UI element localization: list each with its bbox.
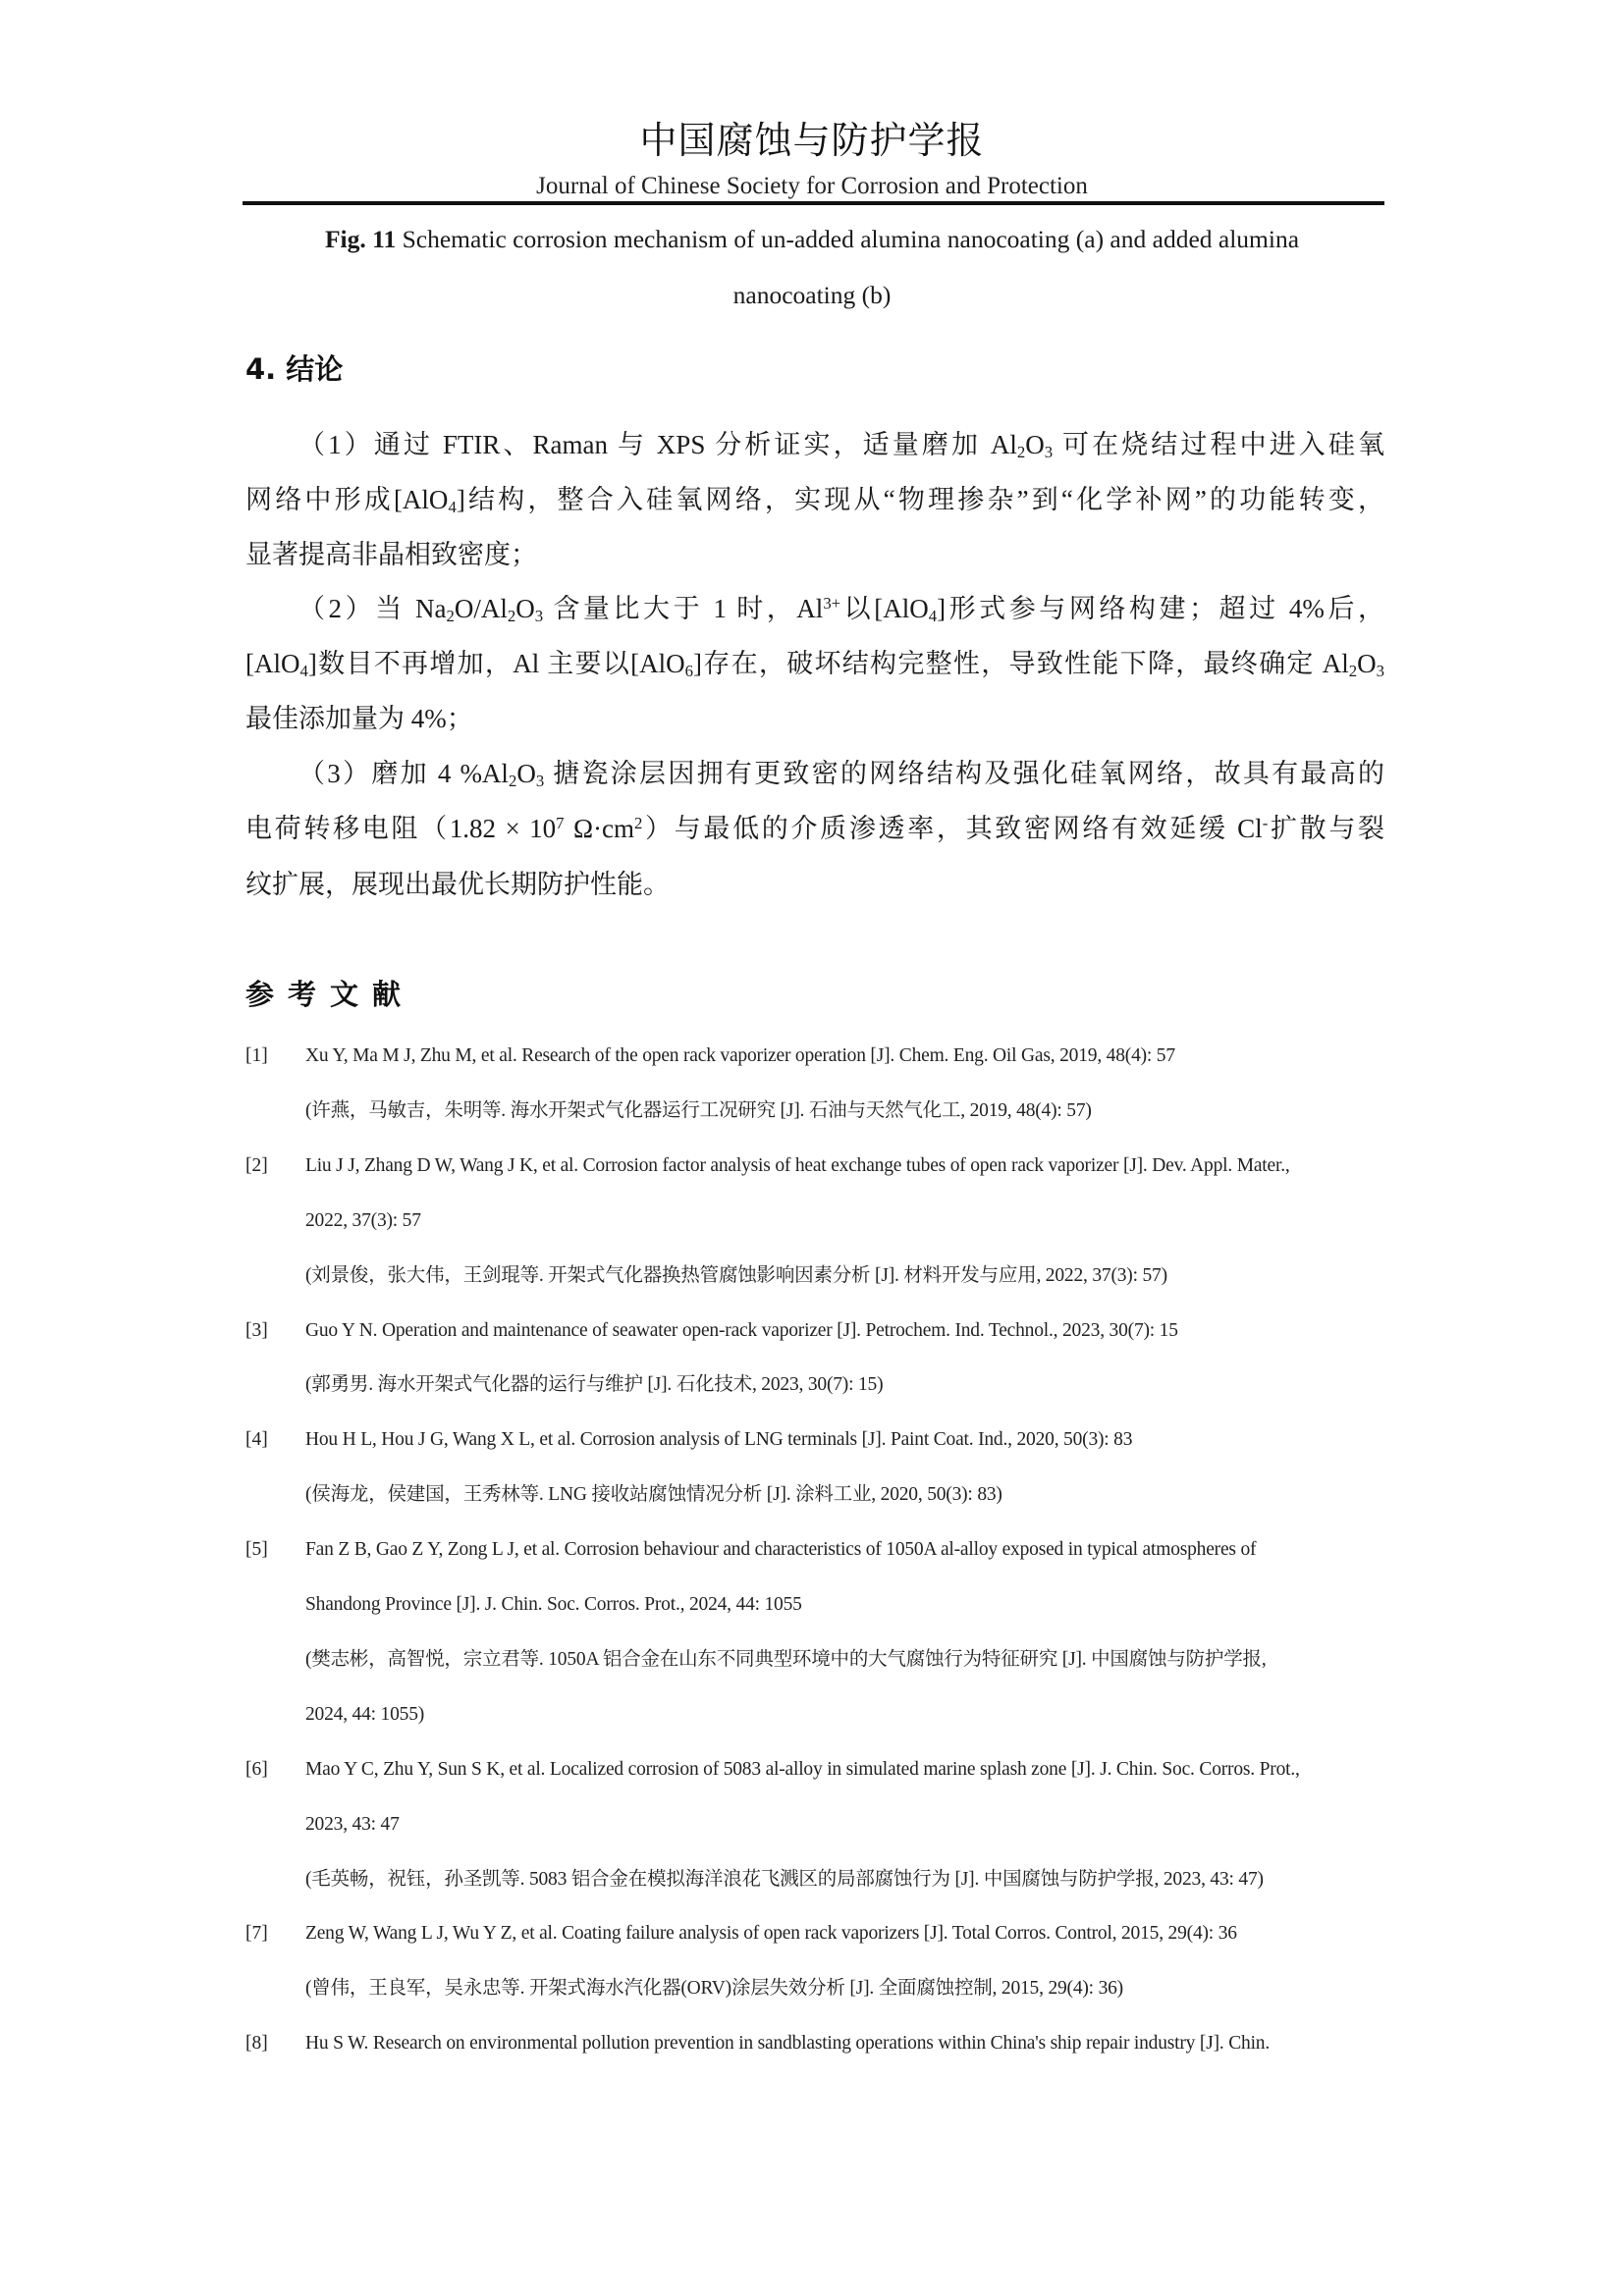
- reference-6-line-1: Mao Y C, Zhu Y, Sun S K, et al. Localize…: [305, 1760, 1300, 1780]
- reference-2-line-2: 2022, 37(3): 57: [305, 1211, 421, 1231]
- reference-4-line-2: (侯海龙，侯建国，王秀林等. LNG 接收站腐蚀情况分析 [J]. 涂料工业, …: [305, 1485, 1002, 1505]
- reference-number-2: [2]: [245, 1156, 268, 1176]
- reference-2-line-1: Liu J J, Zhang D W, Wang J K, et al. Cor…: [305, 1156, 1290, 1176]
- reference-5-line-4: 2024, 44: 1055): [305, 1705, 424, 1725]
- journal-title-en: Journal of Chinese Society for Corrosion…: [0, 174, 1624, 198]
- reference-1-line-1: Xu Y, Ma M J, Zhu M, et al. Research of …: [305, 1046, 1175, 1066]
- reference-number-4: [4]: [245, 1430, 268, 1450]
- conclusion-paragraph-1-line-3: 显著提高非晶相致密度；: [245, 542, 1384, 568]
- conclusion-paragraph-3-line-2: 电荷转移电阻（1.82 × 107 Ω·cm2）与最低的介质渗透率，其致密网络有…: [245, 816, 1384, 842]
- reference-number-3: [3]: [245, 1321, 268, 1341]
- figure-label: Fig. 11: [325, 225, 396, 253]
- conclusion-paragraph-3-line-1: （3）磨加 4 %Al2O3 搪瓷涂层因拥有更致密的网络结构及强化硅氧网络，故具…: [298, 761, 1384, 787]
- figure-caption-text: Schematic corrosion mechanism of un-adde…: [396, 225, 1299, 253]
- figure-caption-line-2: nanocoating (b): [0, 283, 1624, 308]
- reference-number-5: [5]: [245, 1540, 268, 1560]
- reference-7-line-2: (曾伟，王良军，吴永忠等. 开架式海水汽化器(ORV)涂层失效分析 [J]. 全…: [305, 1979, 1123, 1999]
- reference-number-6: [6]: [245, 1760, 268, 1780]
- reference-3-line-2: (郭勇男. 海水开架式气化器的运行与维护 [J]. 石化技术, 2023, 30…: [305, 1375, 883, 1395]
- reference-4-line-1: Hou H L, Hou J G, Wang X L, et al. Corro…: [305, 1430, 1132, 1450]
- section-heading-references: 参考文献: [245, 981, 414, 1009]
- conclusion-paragraph-1-line-1: （1）通过 FTIR、Raman 与 XPS 分析证实，适量磨加 Al2O3 可…: [298, 432, 1384, 458]
- reference-6-line-3: (毛英畅，祝钰，孙圣凯等. 5083 铝合金在模拟海洋浪花飞溅区的局部腐蚀行为 …: [305, 1870, 1264, 1890]
- reference-6-line-2: 2023, 43: 47: [305, 1815, 400, 1835]
- journal-title-cn: 中国腐蚀与防护学报: [0, 122, 1624, 159]
- conclusion-paragraph-2-line-1: （2）当 Na2O/Al2O3 含量比大于 1 时，Al3+以[AlO4]形式参…: [298, 596, 1384, 622]
- conclusion-paragraph-1-line-2: 网络中形成[AlO4]结构，整合入硅氧网络，实现从“物理掺杂”到“化学补网”的功…: [245, 487, 1384, 513]
- reference-3-line-1: Guo Y N. Operation and maintenance of se…: [305, 1321, 1178, 1341]
- reference-2-line-3: (刘景俊，张大伟，王剑琨等. 开架式气化器换热管腐蚀影响因素分析 [J]. 材料…: [305, 1266, 1167, 1286]
- reference-7-line-1: Zeng W, Wang L J, Wu Y Z, et al. Coating…: [305, 1924, 1237, 1944]
- reference-number-1: [1]: [245, 1046, 268, 1066]
- reference-8-line-1: Hu S W. Research on environmental pollut…: [305, 2034, 1270, 2054]
- conclusion-paragraph-2-line-2: [AlO4]数目不再增加，Al 主要以[AlO6]存在，破坏结构完整性，导致性能…: [245, 651, 1384, 677]
- reference-5-line-1: Fan Z B, Gao Z Y, Zong L J, et al. Corro…: [305, 1540, 1256, 1560]
- reference-1-line-2: (许燕，马敏吉，朱明等. 海水开架式气化器运行工况研究 [J]. 石油与天然气化…: [305, 1101, 1092, 1121]
- reference-5-line-3: (樊志彬，高智悦，宗立君等. 1050A 铝合金在山东不同典型环境中的大气腐蚀行…: [305, 1650, 1267, 1670]
- reference-5-line-2: Shandong Province [J]. J. Chin. Soc. Cor…: [305, 1595, 802, 1615]
- reference-number-7: [7]: [245, 1924, 268, 1944]
- reference-number-8: [8]: [245, 2034, 268, 2054]
- header-rule: [243, 201, 1384, 205]
- section-heading-conclusion: 4. 结论: [245, 355, 343, 384]
- conclusion-paragraph-2-line-3: 最佳添加量为 4%；: [245, 706, 1384, 732]
- figure-caption-line-1: Fig. 11 Schematic corrosion mechanism of…: [0, 227, 1624, 252]
- conclusion-paragraph-3-line-3: 纹扩展，展现出最优长期防护性能。: [245, 872, 1384, 898]
